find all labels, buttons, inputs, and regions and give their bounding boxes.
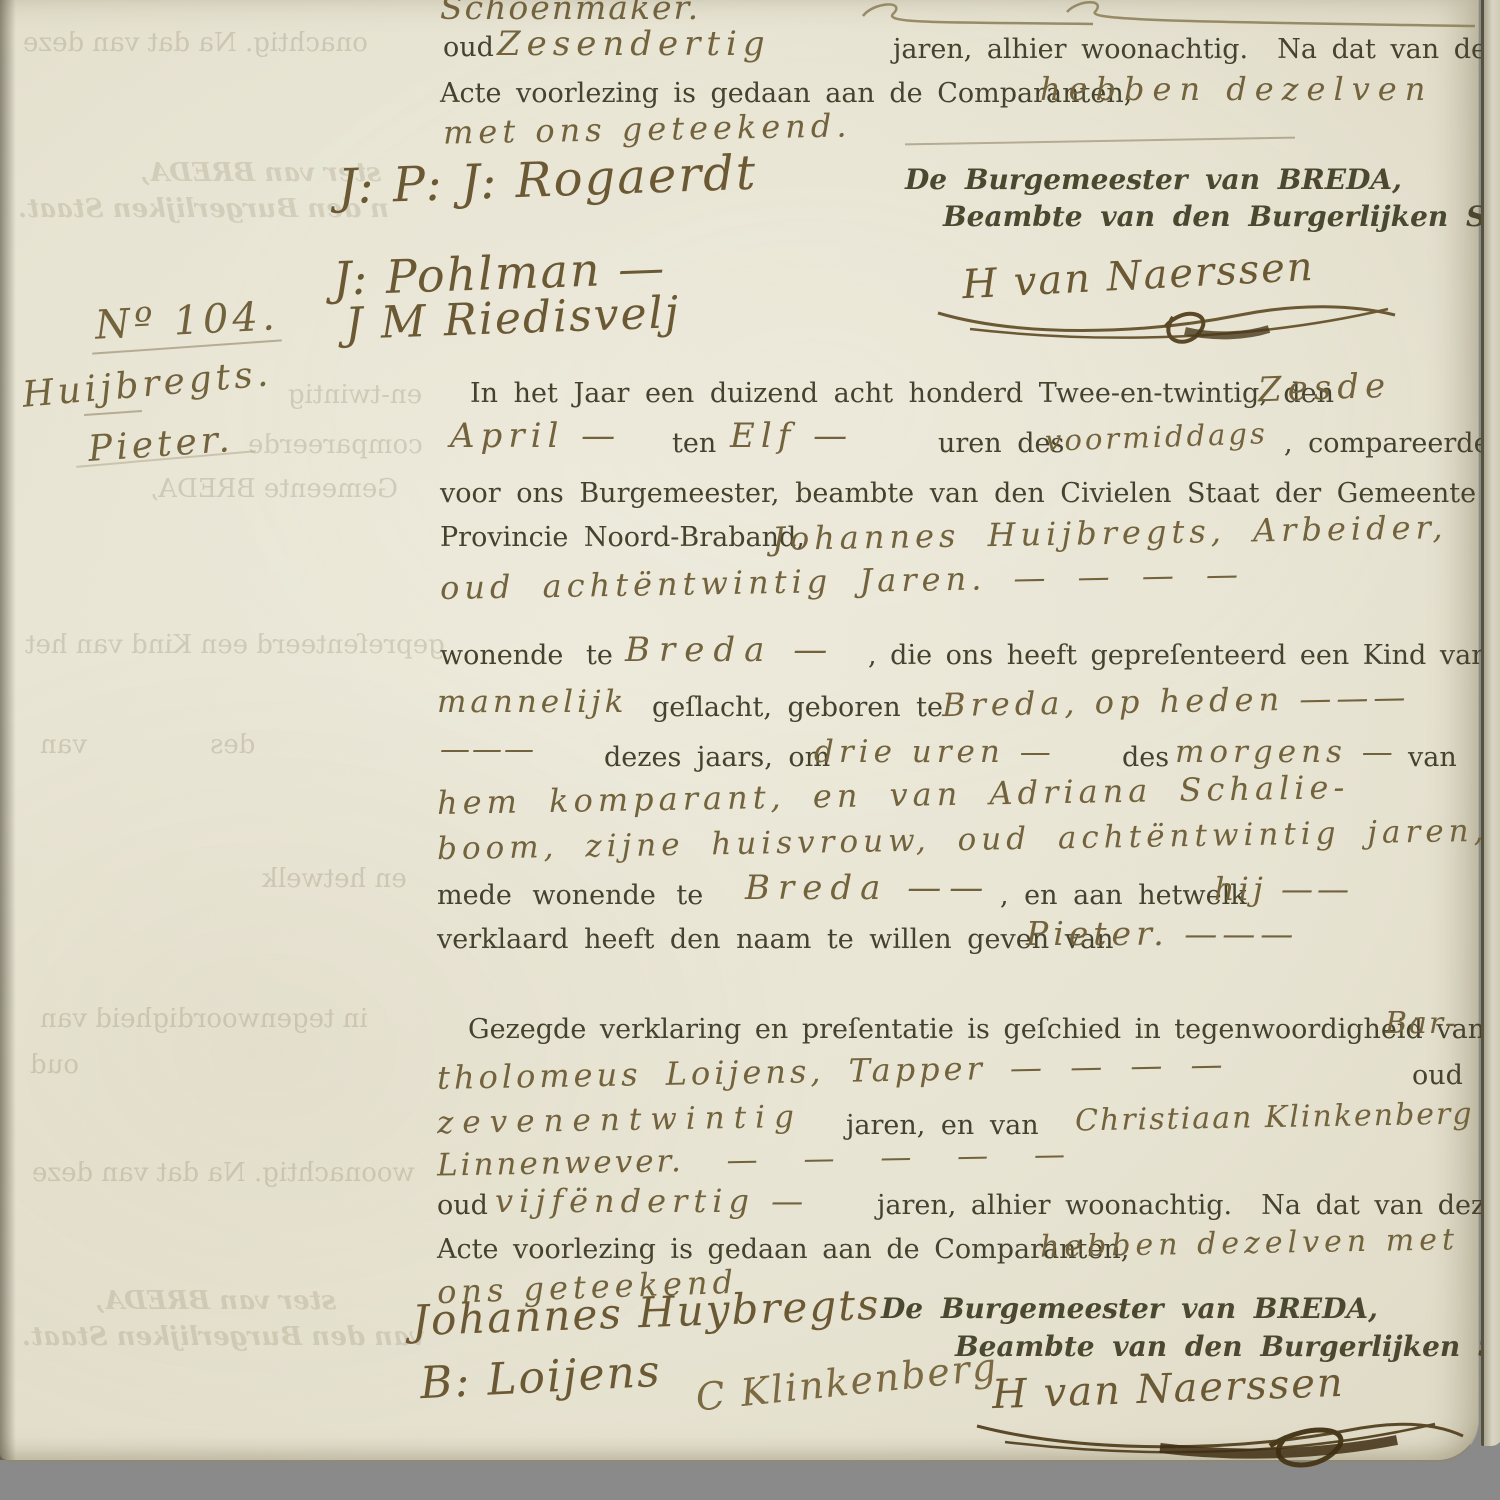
previous-act-reading-line: Acte voorlezing is gedaan aan de Compara…: [440, 78, 1132, 109]
ink-rule: [905, 137, 1295, 146]
handwritten-dash: ———: [440, 732, 536, 767]
previous-act-hand-reading: hebben dezelven: [1040, 70, 1433, 108]
handwritten-witness1-age: zevenentwintig: [437, 1099, 803, 1141]
handwritten-gender: mannelijk: [437, 684, 627, 720]
printed-beambte-title: Beambte van den Burgerlijken Staat.: [955, 1330, 1500, 1363]
printed-name-intro: verklaard heeft den naam te willen geven…: [437, 924, 1113, 955]
printed-compareerde: , compareerde: [1284, 428, 1490, 459]
handwritten-reading: hebben dezelven: [1040, 70, 1433, 108]
handwritten-declarant-age: oud achtëntwintig Jaren. — — — —: [440, 555, 1244, 607]
act-dezes-jaars: dezes jaars, om: [604, 742, 830, 773]
witness1-signature-bottom: B: Loijens: [419, 1346, 663, 1410]
act-des-label: des: [1122, 742, 1169, 773]
printed-reading-line: Acte voorlezing is gedaan aan de Compara…: [437, 1234, 1129, 1265]
printed-dezes-jaars: dezes jaars, om: [604, 742, 830, 773]
printed-witness2-rest: jaren, alhier woonachtig. Na dat van dez…: [877, 1190, 1500, 1221]
act-mother-line1: hem komparant, en van Adriana Schalie-: [437, 768, 1350, 822]
show-through-text: n den Burgerlijken Staat.: [18, 194, 389, 224]
previous-act-age-line: oud: [443, 32, 494, 63]
handwritten-reading: hebben dezelven met: [1040, 1222, 1460, 1264]
act-hij-entry: hij ——: [1214, 870, 1353, 908]
handwritten-witness1-part1: Bar-: [1385, 1006, 1457, 1041]
act-witness2-age: vijfëndertig —: [495, 1182, 809, 1220]
act-intro-line: In het Jaar een duizend acht honderd Twe…: [470, 378, 1334, 409]
act-witness2-occupation: Linnenwever. — — — — —: [437, 1136, 1069, 1183]
printed-line3: voor ons Burgemeester, beambte van den C…: [440, 478, 1500, 509]
act-ten-label: ten: [672, 428, 716, 459]
printed-mede-wonende: mede wonende te: [437, 880, 703, 911]
handwritten-age: Zesendertig: [497, 24, 771, 64]
act-birth-hour-entry: drie uren —: [814, 734, 1056, 770]
scan-background: onachtig. Na dat van deze ster van BREDA…: [0, 0, 1500, 1500]
show-through-text: onachtig. Na dat van deze: [23, 28, 368, 58]
show-through-text: en-twintig: [288, 380, 422, 410]
act-declarant-entry: Johannes Huijbregts, Arbeider,: [772, 508, 1448, 558]
printed-witness-intro: Gezegde verklaring en preſentatie is geſ…: [468, 1014, 1485, 1045]
previous-act-residence-line: jaren, alhier woonachtig. Na dat van dez…: [893, 34, 1500, 65]
printed-province: Provincie Noord-Braband,: [440, 522, 805, 553]
printed-wonende-te: wonende te: [440, 640, 613, 671]
book-fore-edge: [1481, 0, 1500, 1446]
act-presented: , die ons heeft gepreſenteerd een Kind v…: [868, 640, 1500, 671]
show-through-text: van: [40, 730, 87, 760]
printed-presented: , die ons heeft gepreſenteerd een Kind v…: [868, 640, 1500, 671]
printed-burgemeester-title: De Burgemeester van BREDA,: [881, 1292, 1378, 1325]
show-through-text: ster van BREDA,: [95, 1286, 336, 1316]
signature-tail-flourish: [855, 0, 1455, 26]
printed-beambte-title: Beambte van den Burgerlijken Staat.: [943, 200, 1500, 233]
handwritten-hij: hij ——: [1214, 870, 1353, 908]
act-declarant-age: oud achtëntwintig Jaren. — — — —: [440, 555, 1244, 607]
act-witness2-name: Christiaan Klinkenberg: [1075, 1097, 1474, 1139]
handwritten-witness2-age: vijfëndertig —: [495, 1182, 809, 1220]
act-jaren-en-van: jaren, en van: [846, 1110, 1039, 1141]
handwritten-witness2-name: Christiaan Klinkenberg: [1075, 1097, 1474, 1139]
signature-text: J: P: J: Rogaerdt: [337, 145, 758, 216]
act-dash-lead: ———: [440, 732, 536, 767]
show-through-text: van den Burgerlijken Staat.: [22, 1322, 425, 1352]
show-through-text: en hetwelk: [262, 864, 407, 894]
act-line3: voor ons Burgemeester, beambte van den C…: [440, 478, 1500, 509]
handwritten-residence: Breda —: [625, 630, 836, 670]
act-witness1-part1: Bar-: [1385, 1006, 1457, 1041]
previous-act-age-entry: Zesendertig: [497, 24, 771, 64]
handwritten-month: April —: [450, 416, 621, 456]
handwritten-child-name: Pieter. ———: [1026, 914, 1298, 953]
act-name-intro: verklaard heeft den naam te willen geven…: [437, 924, 1113, 955]
act-month-entry: April —: [450, 416, 621, 456]
previous-act-occupation: Schoenmaker.: [440, 0, 700, 27]
act-mother-residence-entry: Breda ——: [745, 868, 991, 908]
handwritten-mother-line1: hem komparant, en van Adriana Schalie-: [437, 768, 1350, 822]
act-mede-wonende: mede wonende te: [437, 880, 703, 911]
act-hour-entry: Elf —: [730, 416, 853, 456]
printed-reading-line: Acte voorlezing is gedaan aan de Compara…: [440, 78, 1132, 109]
register-page: onachtig. Na dat van deze ster van BREDA…: [0, 0, 1479, 1462]
show-through-text: des: [210, 730, 255, 760]
act-residence-entry: Breda —: [625, 630, 836, 670]
act-day-entry: Zesde: [1257, 366, 1391, 411]
act-witness-intro: Gezegde verklaring en preſentatie is geſ…: [468, 1014, 1485, 1045]
show-through-text: woonachtig. Na dat van deze: [32, 1158, 415, 1188]
handwritten-mother-residence: Breda ——: [745, 868, 991, 908]
printed-des: des: [1122, 742, 1169, 773]
printed-oud-label: oud: [1412, 1060, 1463, 1091]
printed-residence-line: jaren, alhier woonachtig. Na dat van dez…: [893, 34, 1500, 65]
act-witness2-rest: jaren, alhier woonachtig. Na dat van dez…: [877, 1190, 1500, 1221]
act-daypart-entry: voormiddags: [1044, 416, 1268, 458]
show-through-text: oud: [30, 1050, 79, 1080]
act-witness1-oud: oud: [1412, 1060, 1463, 1091]
handwritten-witness1-name: tholomeus Loijens, Tapper — — — —: [437, 1045, 1227, 1097]
official-signature-flourish: [930, 285, 1410, 343]
witness2-signature-bottom: C Klinkenberg: [694, 1344, 1001, 1419]
act-wonende-te: wonende te: [440, 640, 613, 671]
official-title-line1-bottom: De Burgemeester van BREDA,: [881, 1292, 1378, 1325]
show-through-text: in tegenwoordigheid van: [40, 1004, 368, 1034]
signature-text: J M Riedisvelj: [344, 287, 681, 350]
act-witness1-age: zevenentwintig: [437, 1099, 803, 1141]
handwritten-hour: Elf —: [730, 416, 853, 456]
official-title-line1: De Burgemeester van BREDA,: [905, 163, 1402, 196]
printed-oud-label: oud: [443, 32, 494, 63]
printed-hetwelk: , en aan hetwelk: [1000, 880, 1247, 911]
witness-signature-3: J M Riedisvelj: [344, 287, 681, 350]
act-birthplace-entry: Breda, op heden ———: [942, 678, 1411, 724]
handwritten-declarant: Johannes Huijbregts, Arbeider,: [772, 508, 1448, 558]
act-hetwelk: , en aan hetwelk: [1000, 880, 1247, 911]
signature-text: C Klinkenberg: [694, 1344, 1001, 1419]
handwritten-signed: met ons geteekend.: [443, 106, 852, 151]
printed-intro: In het Jaar een duizend acht honderd Twe…: [470, 378, 1334, 409]
act-reading-line: Acte voorlezing is gedaan aan de Compara…: [437, 1234, 1129, 1265]
printed-oud-label: oud: [437, 1190, 488, 1221]
ink-rule: [84, 410, 142, 416]
handwritten-birth-daypart: morgens —: [1175, 734, 1398, 770]
act-birth-daypart-entry: morgens —: [1175, 734, 1398, 770]
handwritten-witness2-occupation: Linnenwever. — — — — —: [437, 1136, 1069, 1183]
act-hand-reading: hebben dezelven met: [1040, 1222, 1460, 1264]
act-witness2-oud: oud: [437, 1190, 488, 1221]
witness-signature-1: J: P: J: Rogaerdt: [337, 145, 758, 216]
page-left-shadow: [0, 0, 16, 1460]
show-through-text: Gemeente BREDA,: [150, 474, 398, 504]
act-mother-line2: boom, zijne huisvrouw, oud achtëntwintig…: [437, 813, 1489, 867]
printed-van: van: [1408, 742, 1457, 773]
act-van-label: van: [1408, 742, 1457, 773]
show-through-text: gepreſenteerd een Kind van het: [25, 630, 445, 660]
official-title-line2: Beambte van den Burgerlijken Staat.: [943, 200, 1500, 233]
printed-ten: ten: [672, 428, 716, 459]
act-compareerde: , compareerde: [1284, 428, 1490, 459]
margin-surname: Huijbregts.: [21, 353, 274, 416]
act-witness1-name: tholomeus Loijens, Tapper — — — —: [437, 1045, 1227, 1097]
act-child-name-entry: Pieter. ———: [1026, 914, 1298, 953]
printed-geslacht: geſlacht, geboren te: [652, 692, 943, 723]
handwritten-daypart: voormiddags: [1044, 416, 1268, 458]
handwritten-birth-hour: drie uren —: [814, 734, 1056, 770]
act-province: Provincie Noord-Braband,: [440, 522, 805, 553]
signature-text: B: Loijens: [419, 1346, 663, 1410]
handwritten-mother-line2: boom, zijne huisvrouw, oud achtëntwintig…: [437, 813, 1489, 867]
act-geslacht: geſlacht, geboren te: [652, 692, 943, 723]
handwritten-birthplace: Breda, op heden ———: [942, 678, 1411, 724]
printed-burgemeester-title: De Burgemeester van BREDA,: [905, 163, 1402, 196]
previous-act-hand-signed: met ons geteekend.: [443, 106, 852, 151]
handwritten-occupation: Schoenmaker.: [440, 0, 700, 27]
show-through-text: compareerde: [248, 430, 423, 460]
handwritten-day: Zesde: [1257, 366, 1391, 411]
official-title-line2-bottom: Beambte van den Burgerlijken Staat.: [955, 1330, 1500, 1363]
margin-surname-text: Huijbregts.: [21, 353, 274, 416]
printed-jaren-en-van: jaren, en van: [846, 1110, 1039, 1141]
act-gender-entry: mannelijk: [437, 684, 627, 720]
official-signature-flourish-bottom: [965, 1398, 1475, 1458]
